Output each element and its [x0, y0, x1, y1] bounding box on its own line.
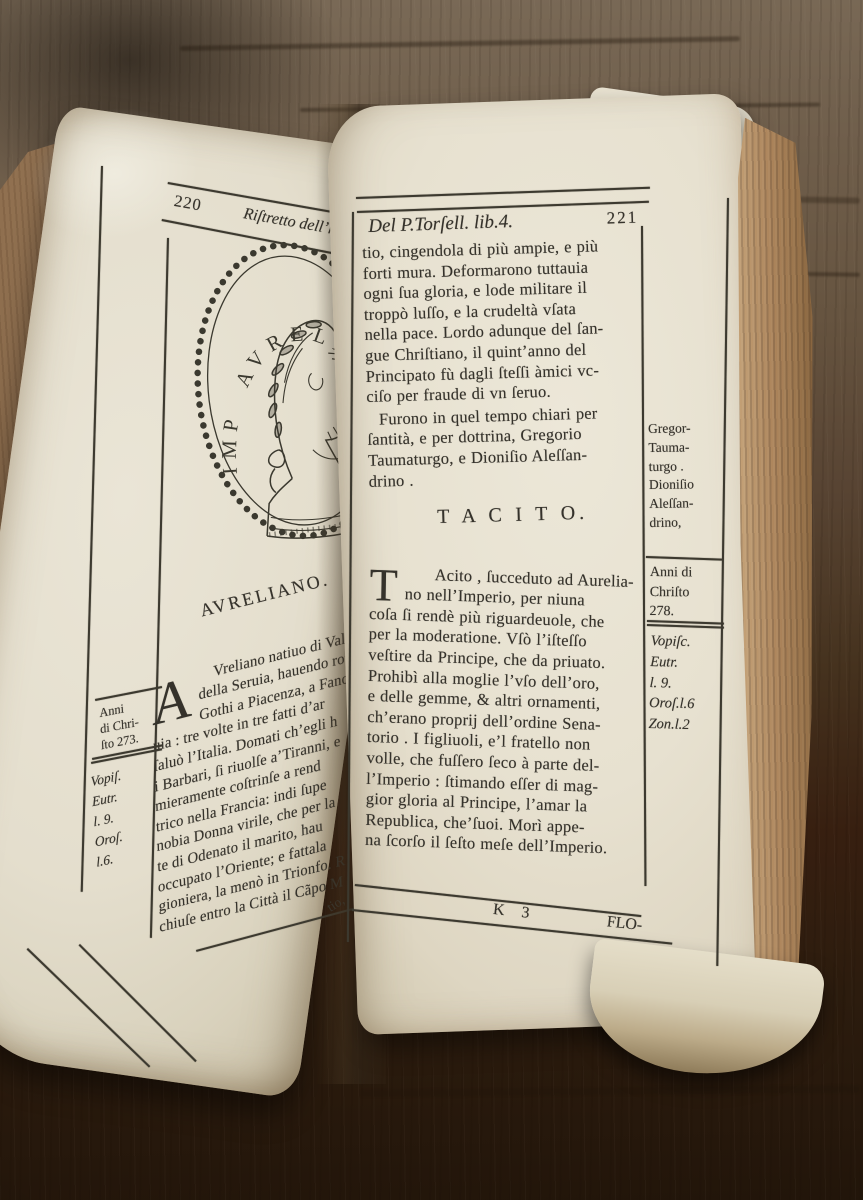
right-paragraph-1: tio, cingendola di più ampie, e più fort…	[362, 235, 652, 408]
right-main-text: tio, cingendola di più ampie, e più fort…	[362, 235, 665, 871]
right-margin-note-years: Anni di Chriſto 278.	[649, 563, 725, 622]
right-drop-cap: T	[369, 565, 398, 604]
right-page-number: 221	[606, 208, 638, 229]
signature-mark: K 3	[492, 901, 530, 923]
right-paragraph-2: Furono in quel tempo chiari per ſantità,…	[367, 402, 655, 492]
right-margin-note-sources: Vopiſc. Eutr. l. 9. Oroſ.l.6 Zon.l.2	[648, 631, 727, 737]
wreath-ribbon	[266, 449, 288, 493]
right-catchword: FLO-	[606, 913, 643, 935]
right-paragraph-3: Acito , ſucceduto ad Aurelia- no nell’Im…	[365, 564, 634, 857]
right-paragraph-3-wrap: TAcito , ſucceduto ad Aurelia- no nell’I…	[365, 542, 657, 881]
right-section-heading: T A C I T O.	[369, 501, 655, 530]
photo-open-antique-book: 220 Riſtretto dell’hiſt.	[0, 0, 863, 1200]
left-margin-note-sources: Vopiſ. Eutr. l. 9. Oroſ. l.6.	[90, 758, 164, 873]
right-margin-note-names: Gregor- Tauma- turgo . Dioniſio Aleſſan-…	[648, 419, 728, 533]
